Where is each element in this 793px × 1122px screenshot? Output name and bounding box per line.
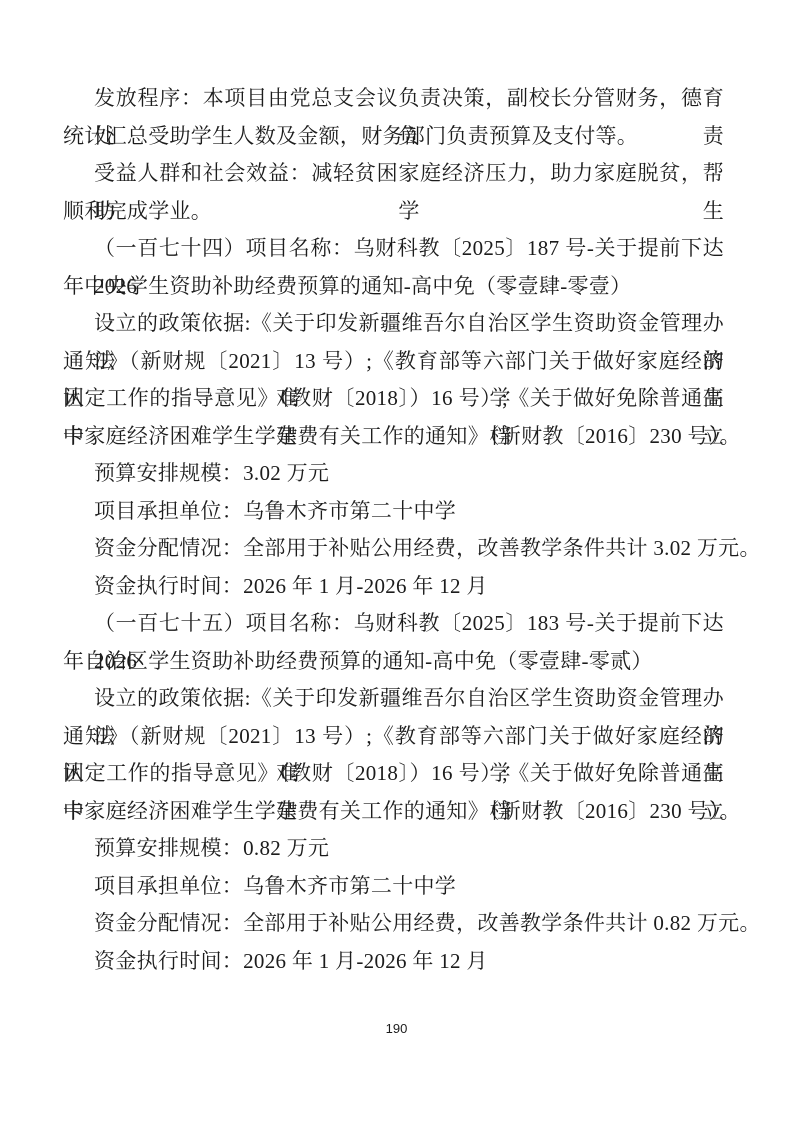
- text-line: 通知》（新财规〔2021〕13 号）;《教育部等六部门关于做好家庭经济困难学生: [63, 718, 724, 756]
- text-line: 卡家庭经济困难学生学杂费有关工作的通知》（新财教〔2016〕230 号）。: [63, 793, 724, 831]
- text-line: 预算安排规模：3.02 万元: [63, 455, 724, 493]
- text-line: 资金分配情况：全部用于补贴公用经费，改善教学条件共计 3.02 万元。: [63, 530, 724, 568]
- text-line: 设立的政策依据:《关于印发新疆维吾尔自治区学生资助资金管理办法的: [63, 305, 724, 343]
- page-number: 190: [386, 1021, 408, 1036]
- text-line: 年自治区学生资助补助经费预算的通知-高中免（零壹肆-零贰）: [63, 643, 724, 681]
- text-line: 统计汇总受助学生人数及金额，财务部门负责预算及支付等。: [63, 118, 724, 156]
- document-body: 发放程序：本项目由党总支会议负责决策，副校长分管财务，德育处负责统计汇总受助学生…: [63, 80, 724, 980]
- text-line: 受益人群和社会效益：减轻贫困家庭经济压力，助力家庭脱贫，帮助学生: [63, 155, 724, 193]
- text-line: 认定工作的指导意见》（教财〔2018〕）16 号）;《关于做好免除普通高中建档立: [63, 755, 724, 793]
- text-line: 资金执行时间：2026 年 1 月-2026 年 12 月: [63, 943, 724, 981]
- text-line: 年中央学生资助补助经费预算的通知-高中免（零壹肆-零壹）: [63, 268, 724, 306]
- text-line: 认定工作的指导意见》（教财〔2018〕）16 号）;《关于做好免除普通高中建档立: [63, 380, 724, 418]
- text-line: 通知》（新财规〔2021〕13 号）;《教育部等六部门关于做好家庭经济困难学生: [63, 343, 724, 381]
- page-footer: 190: [0, 1020, 793, 1038]
- document-page: 发放程序：本项目由党总支会议负责决策，副校长分管财务，德育处负责统计汇总受助学生…: [0, 0, 793, 1122]
- text-line: （一百七十五）项目名称：乌财科教〔2025〕183 号-关于提前下达 2026: [63, 605, 724, 643]
- text-line: 设立的政策依据:《关于印发新疆维吾尔自治区学生资助资金管理办法的: [63, 680, 724, 718]
- text-line: 项目承担单位：乌鲁木齐市第二十中学: [63, 493, 724, 531]
- text-line: 发放程序：本项目由党总支会议负责决策，副校长分管财务，德育处负责: [63, 80, 724, 118]
- text-line: 资金执行时间：2026 年 1 月-2026 年 12 月: [63, 568, 724, 606]
- text-line: 资金分配情况：全部用于补贴公用经费，改善教学条件共计 0.82 万元。: [63, 905, 724, 943]
- text-line: 项目承担单位：乌鲁木齐市第二十中学: [63, 868, 724, 906]
- text-line: 预算安排规模：0.82 万元: [63, 830, 724, 868]
- text-line: 卡家庭经济困难学生学杂费有关工作的通知》（新财教〔2016〕230 号）。: [63, 418, 724, 456]
- text-line: （一百七十四）项目名称：乌财科教〔2025〕187 号-关于提前下达 2026: [63, 230, 724, 268]
